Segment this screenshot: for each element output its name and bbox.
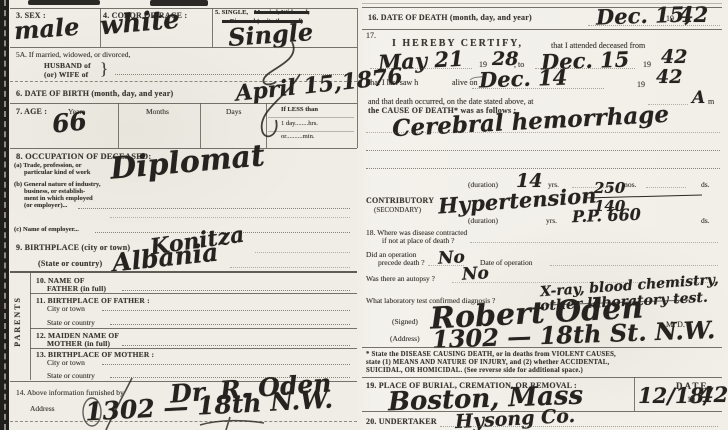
or-min-label: or..........min. (281, 133, 315, 140)
father-city-label: City or town (47, 304, 85, 313)
occupation-a-label-1: (a) Trade, profession, or (14, 162, 82, 169)
if-less-than-label: If LESS than (281, 106, 318, 113)
married-widowed-divorced-label: 5A. If married, widowed, or divorced, (16, 50, 130, 59)
divider (212, 8, 213, 47)
attended-to-year-handwriting: 42 (661, 46, 687, 68)
divider (118, 103, 119, 148)
contributory-label: CONTRIBUTORY (366, 196, 434, 205)
divider (30, 328, 357, 329)
blank-dotted-line (122, 290, 350, 291)
signed-address-label: (Address) (390, 334, 420, 343)
occupation-value-handwriting: Diplomat (109, 138, 266, 186)
age-value-handwriting: 66 (51, 106, 89, 138)
father-state-label: State or country (47, 318, 95, 327)
page-binding-edge (0, 0, 9, 430)
sex-value-handwriting: male (13, 12, 80, 45)
ds-label: ds. (701, 180, 710, 189)
blank-dotted-line (78, 208, 350, 209)
marital-struck-text: Married, Widowed, (254, 9, 309, 16)
blank-dotted-line (110, 324, 350, 325)
m-label: m (708, 97, 714, 106)
printed-19: 19 (637, 80, 645, 89)
alive-on-label: alive on (452, 78, 478, 87)
operation-label-2: precede death ? (378, 258, 425, 267)
divider (268, 131, 354, 132)
blank-dotted-line (230, 267, 350, 268)
age-months-header: Months (146, 107, 169, 116)
death-year-handwriting: 42 (679, 2, 708, 27)
divider (634, 377, 635, 411)
husband-of-label: HUSBAND of (44, 61, 91, 70)
divider (362, 377, 722, 378)
divider (362, 29, 722, 30)
divider (200, 103, 201, 148)
divider (268, 117, 354, 118)
divider (362, 347, 722, 348)
field-17-number: 17. (366, 31, 376, 40)
blank-dotted-line (110, 217, 350, 218)
occupation-b-label-3: ment in which employed (24, 195, 93, 202)
footnote-line-3: SUICIDAL, OR HOMICIDAL. (See reverse sid… (366, 367, 583, 374)
mother-maiden-label-2: MOTHER (in full) (47, 339, 110, 348)
autopsy-label: Was there an autopsy ? (366, 274, 435, 283)
undertaker-label: 20. UNDERTAKER (366, 417, 437, 426)
father-name-label-2: FATHER (in full) (47, 284, 106, 293)
blank-dotted-line (440, 426, 718, 427)
blank-dotted-line (428, 265, 464, 266)
age-field-label: 7. AGE : (16, 107, 47, 116)
death-occurred-label: and that death occurred, on the date sta… (368, 97, 533, 106)
wife-of-label: (or) WIFE of (44, 70, 88, 79)
occupation-b-label-4: (or employer)... (24, 202, 67, 209)
footnote-line-1: * State the DISEASE CAUSING DEATH, or in… (366, 351, 616, 358)
disease-contracted-label-2: if not at place of death ? (382, 236, 454, 245)
ds-label: ds. (701, 216, 710, 225)
footnote-line-2: state (1) MEANS AND NATURE OF INJURY, an… (366, 359, 609, 366)
bp-systolic-handwriting: 250 (594, 179, 625, 197)
birthplace-state-label: (State or country) (38, 259, 102, 268)
divider (10, 47, 357, 48)
signed-label: (Signed) (392, 317, 418, 326)
printed-19: 19 (687, 395, 695, 404)
printed-19: 19 (666, 14, 674, 23)
race-value-handwriting: white (99, 5, 181, 42)
divider (10, 103, 357, 104)
employer-name-label: (c) Name of employer... (14, 226, 79, 233)
yrs-label: yrs. (546, 216, 557, 225)
occupation-a-label-2: particular kind of work (24, 169, 90, 176)
death-hour-handwriting: A (692, 88, 705, 108)
date-of-birth-label: 6. DATE OF BIRTH (month, day, and year) (16, 89, 173, 98)
divider (10, 421, 357, 422)
duration-label: (duration) (468, 180, 498, 189)
blank-dotted-line (102, 364, 350, 365)
printed-19: 19 (643, 60, 651, 69)
age-days-header: Days (226, 107, 241, 116)
blank-dotted-line (646, 187, 686, 188)
blank-dotted-line (366, 150, 720, 151)
burial-year-handwriting: 42 (699, 382, 728, 407)
blank-dotted-line (366, 132, 720, 133)
date-of-death-label: 16. DATE OF DEATH (month, day, and year) (368, 13, 532, 22)
duration-label: (duration) (468, 216, 498, 225)
last-saw-year-handwriting: 42 (656, 66, 682, 88)
informant-address-label: Address (30, 404, 55, 413)
parents-section-label: PARENTS (13, 296, 22, 347)
mother-state-label: State or country (47, 371, 95, 380)
occupation-b-label-2: business, or establish- (24, 188, 85, 195)
marital-field-label: 5. SINGLE, (215, 9, 248, 16)
divider (266, 103, 267, 148)
occupation-b-label-1: (b) General nature of industry, (14, 181, 101, 188)
one-day-hrs-label: 1 day........hrs. (281, 120, 318, 127)
pp-value-handwriting: P.P. 660 (572, 205, 641, 226)
divider (30, 293, 357, 294)
blank-dotted-line (366, 168, 720, 169)
blank-dotted-line (122, 345, 350, 346)
blank-dotted-line (470, 242, 718, 243)
divider (30, 273, 31, 380)
cropped-row-remnant (28, 0, 100, 5)
mother-city-label: City or town (47, 358, 85, 367)
cropped-row-remnant (150, 0, 208, 6)
death-certificate-scan: 3. SEX : 4. COLOR OR RACE : 5. SINGLE, M… (0, 0, 728, 430)
divider (30, 348, 357, 349)
blank-dotted-line (102, 310, 350, 311)
blank-dotted-line (588, 25, 720, 26)
brace-glyph: } (100, 59, 108, 79)
blank-dotted-line (550, 265, 718, 266)
blank-dotted-line (472, 88, 604, 89)
secondary-label: (SECONDARY) (374, 206, 421, 214)
blank-dotted-line (255, 252, 350, 253)
section-divider (10, 271, 357, 273)
